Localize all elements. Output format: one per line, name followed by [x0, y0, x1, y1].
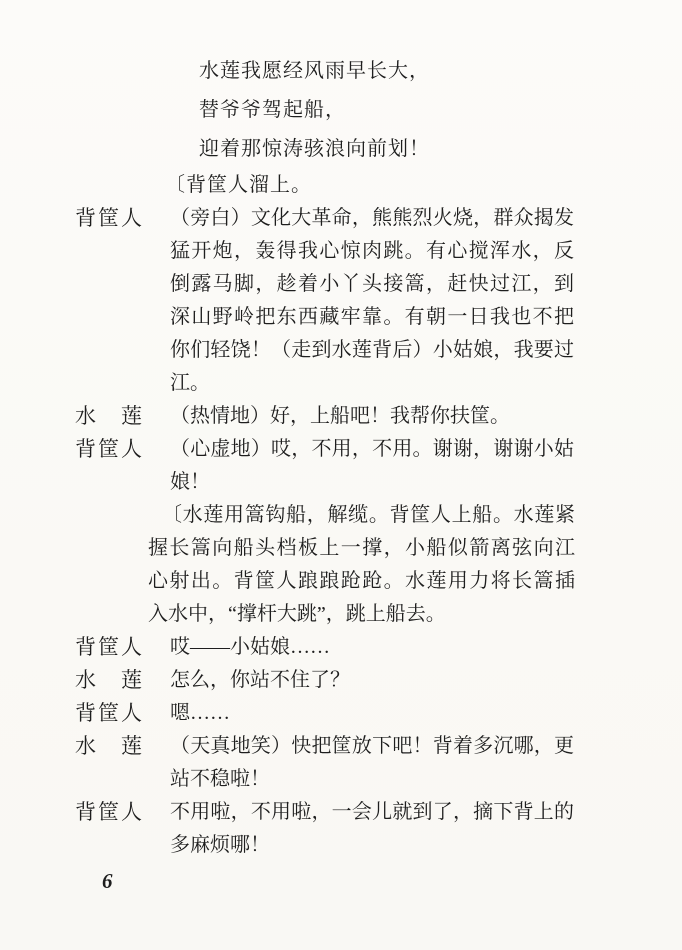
- verse-line: 迎着那惊涛骇浪向前划！: [199, 130, 682, 169]
- dialogue-line: 多麻烦哪！: [170, 829, 574, 862]
- speaker-name: 水 莲: [75, 730, 170, 763]
- scanned-script-page: 水莲我愿经风雨早长大，替爷爷驾起船，迎着那惊涛骇浪向前划！〔背筐人溜上。背筐人（…: [0, 0, 682, 950]
- stage-direction: 〔背筐人溜上。: [165, 169, 682, 202]
- stage-direction-line: 〔水莲用篙钩船，解缆。背筐人上船。水莲紧: [148, 499, 575, 532]
- dialogue-line: （旁白）文化大革命，熊熊烈火烧，群众揭发: [170, 202, 574, 235]
- dialogue-entry: 水 莲（热情地）好，上船吧！我帮你扶筐。: [0, 400, 682, 433]
- dialogue-entry: 背筐人（旁白）文化大革命，熊熊烈火烧，群众揭发猛开炮，轰得我心惊肉跳。有心搅浑水…: [0, 202, 682, 400]
- dialogue-text: 不用啦，不用啦，一会儿就到了，摘下背上的多麻烦哪！: [170, 796, 574, 862]
- dialogue-line: 不用啦，不用啦，一会儿就到了，摘下背上的: [170, 796, 574, 829]
- dialogue-text: 嗯……: [170, 697, 574, 730]
- dialogue-text: （天真地笑）快把筐放下吧！背着多沉哪，更站不稳啦！: [170, 730, 574, 796]
- script-content: 水莲我愿经风雨早长大，替爷爷驾起船，迎着那惊涛骇浪向前划！〔背筐人溜上。背筐人（…: [0, 52, 682, 862]
- verse-line: 替爷爷驾起船，: [199, 91, 682, 130]
- dialogue-line: （心虚地）哎，不用，不用。谢谢，谢谢小姑: [170, 433, 574, 466]
- speaker-name: 背筐人: [75, 433, 170, 466]
- stage-direction: 〔水莲用篙钩船，解缆。背筐人上船。水莲紧握长篙向船头档板上一撑，小船似箭离弦向江…: [148, 499, 575, 631]
- dialogue-entry: 背筐人嗯……: [0, 697, 682, 730]
- dialogue-text: （热情地）好，上船吧！我帮你扶筐。: [170, 400, 574, 433]
- dialogue-text: 怎么，你站不住了？: [170, 664, 574, 697]
- dialogue-line: 娘！: [170, 466, 574, 499]
- dialogue-entry: 背筐人哎——小姑娘……: [0, 631, 682, 664]
- dialogue-text: 哎——小姑娘……: [170, 631, 574, 664]
- dialogue-line: （天真地笑）快把筐放下吧！背着多沉哪，更: [170, 730, 574, 763]
- dialogue-line: 站不稳啦！: [170, 763, 574, 796]
- stage-direction-line: 入水中，“撑杆大跳”，跳上船去。: [148, 598, 575, 631]
- verse-line: 水莲我愿经风雨早长大，: [199, 52, 682, 91]
- dialogue-entry: 水 莲怎么，你站不住了？: [0, 664, 682, 697]
- dialogue-line: （热情地）好，上船吧！我帮你扶筐。: [170, 400, 574, 433]
- dialogue-entry: 水 莲（天真地笑）快把筐放下吧！背着多沉哪，更站不稳啦！: [0, 730, 682, 796]
- stage-direction-line: 心射出。背筐人踉踉跄跄。水莲用力将长篙插: [148, 565, 575, 598]
- dialogue-line: 江。: [170, 367, 574, 400]
- dialogue-line: 你们轻饶！（走到水莲背后）小姑娘，我要过: [170, 334, 574, 367]
- dialogue-text: （旁白）文化大革命，熊熊烈火烧，群众揭发猛开炮，轰得我心惊肉跳。有心搅浑水，反倒…: [170, 202, 574, 400]
- speaker-name: 水 莲: [75, 664, 170, 697]
- dialogue-line: 嗯……: [170, 697, 574, 730]
- dialogue-line: 猛开炮，轰得我心惊肉跳。有心搅浑水，反: [170, 235, 574, 268]
- stage-direction-line: 〔背筐人溜上。: [165, 169, 682, 202]
- speaker-name: 背筐人: [75, 697, 170, 730]
- dialogue-entry: 背筐人不用啦，不用啦，一会儿就到了，摘下背上的多麻烦哪！: [0, 796, 682, 862]
- speaker-name: 背筐人: [75, 796, 170, 829]
- speaker-name: 水 莲: [75, 400, 170, 433]
- dialogue-line: 深山野岭把东西藏牢靠。有朝一日我也不把: [170, 301, 574, 334]
- page-number: 6: [102, 866, 113, 896]
- dialogue-line: 怎么，你站不住了？: [170, 664, 574, 697]
- dialogue-entry: 背筐人（心虚地）哎，不用，不用。谢谢，谢谢小姑娘！: [0, 433, 682, 499]
- dialogue-line: 哎——小姑娘……: [170, 631, 574, 664]
- stage-direction-line: 握长篙向船头档板上一撑，小船似箭离弦向江: [148, 532, 575, 565]
- speaker-name: 背筐人: [75, 202, 170, 235]
- verse-block: 水莲我愿经风雨早长大，替爷爷驾起船，迎着那惊涛骇浪向前划！: [0, 52, 682, 169]
- speaker-name: 背筐人: [75, 631, 170, 664]
- dialogue-text: （心虚地）哎，不用，不用。谢谢，谢谢小姑娘！: [170, 433, 574, 499]
- dialogue-line: 倒露马脚，趁着小丫头接篙，赶快过江，到: [170, 268, 574, 301]
